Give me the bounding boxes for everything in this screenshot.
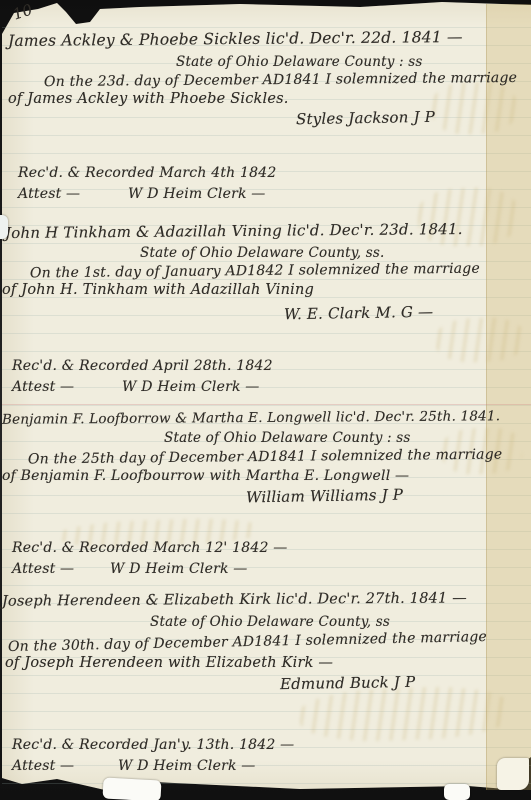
entry-4-state-line: State of Ohio Delaware County, ss [150,614,390,630]
entry-1-attest-label: Attest — [18,186,80,202]
entry-2-clerk-signature: W D Heim Clerk — [122,379,260,395]
entry-3-recorded-line: Rec'd. & Recorded March 12' 1842 — [12,540,287,556]
margin-rule-line [2,404,531,405]
entry-3-officiant-signature: William Williams J P [246,486,403,507]
entry-3-state-line: State of Ohio Delaware County : ss [164,430,411,446]
edge-paper-chip [0,215,8,239]
bottom-tape-chip [102,777,161,800]
entry-2-continuation-line: of John H. Tinkham with Adazillah Vining [2,282,314,298]
entry-1-continuation-line: of James Ackley with Phoebe Sickles. [8,91,289,107]
entry-1-recorded-line: Rec'd. & Recorded March 4th 1842 [18,165,276,181]
entry-3-attest-label: Attest — [12,561,74,577]
entry-1-state-line: State of Ohio Delaware County : ss [176,54,423,70]
entry-4-recorded-line: Rec'd. & Recorded Jan'y. 13th. 1842 — [12,737,294,753]
entry-1-officiant-signature: Styles Jackson J P [296,108,435,128]
entry-3-continuation-line: of Benjamin F. Loofbourrow with Martha E… [2,468,409,484]
entry-1-clerk-signature: W D Heim Clerk — [128,186,266,202]
entry-2-recorded-line: Rec'd. & Recorded April 28th. 1842 [12,358,273,374]
corner-paper-chip [497,758,529,790]
entry-2-state-line: State of Ohio Delaware County, ss. [140,245,385,261]
bottom-tape-chip [444,784,470,800]
entry-4-officiant-signature: Edmund Buck J P [280,673,416,693]
entry-2-officiant-signature: W. E. Clark M. G — [284,303,434,324]
entry-4-continuation-line: of Joseph Herendeen with Elizabeth Kirk … [5,655,333,671]
paper-sheet [0,0,531,800]
scanned-ledger-page: 10 James Ackley & Phoebe Sickles lic'd. … [0,0,531,800]
entry-2-attest-label: Attest — [12,379,74,395]
entry-4-clerk-signature: W D Heim Clerk — [118,758,256,774]
entry-4-attest-label: Attest — [12,758,74,774]
entry-3-clerk-signature: W D Heim Clerk — [110,561,248,577]
entry-4-couple-line: Joseph Herendeen & Elizabeth Kirk lic'd.… [2,590,467,609]
